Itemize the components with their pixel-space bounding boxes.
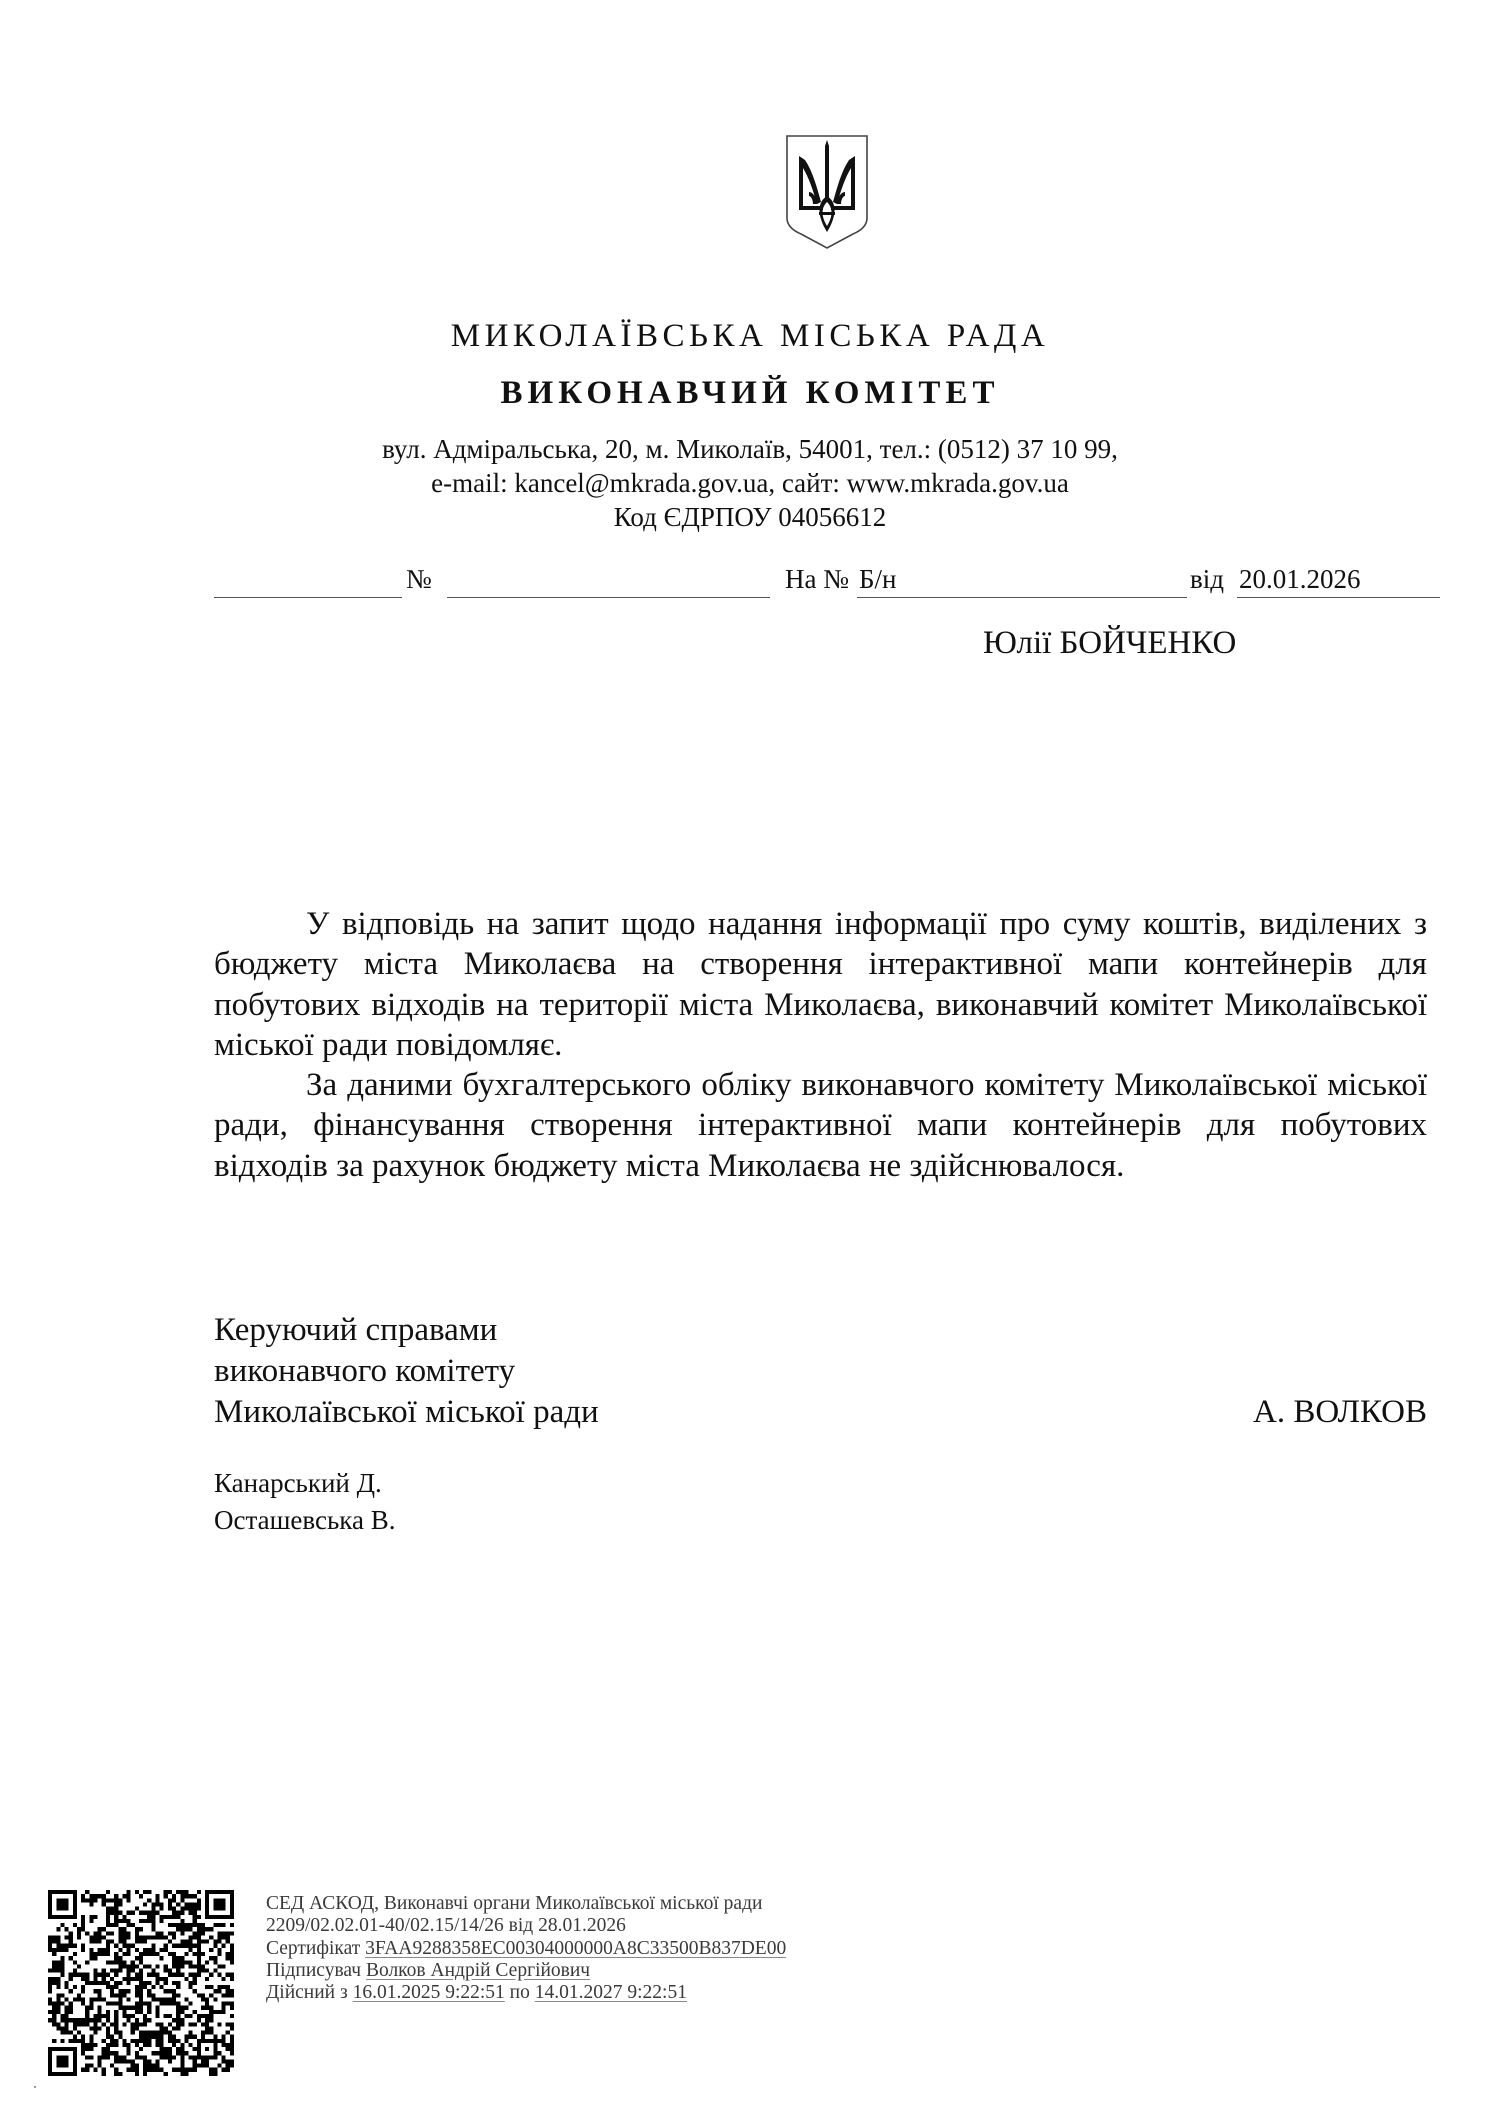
executor-name: Канарський Д. — [214, 1465, 395, 1502]
reply-to-label: На № — [785, 564, 849, 595]
reply-to-blank — [857, 597, 1187, 598]
letter-body: У відповідь на запит щодо надання інформ… — [214, 904, 1427, 1186]
date-value: 20.01.2026 — [1239, 564, 1361, 595]
role-line: Миколаївської міської ради — [214, 1392, 1427, 1433]
valid-from-value: 16.01.2025 9:22:51 — [353, 1982, 505, 2003]
role-line: виконавчого комітету — [214, 1351, 1427, 1392]
signature-block: Керуючий справами виконавчого комітету М… — [214, 1310, 1427, 1433]
signer-value: Волков Андрій Сергійович — [366, 1960, 590, 1981]
scan-artifact — [34, 2086, 36, 2088]
date-label: від — [1190, 564, 1224, 595]
e-signature-stamp: СЕД АСКОД, Виконавчі органи Миколаївсько… — [266, 1893, 786, 2004]
outgoing-date-blank — [214, 597, 402, 598]
stamp-signer: Підписувач Волков Андрій Сергійович — [266, 1960, 786, 1982]
certificate-label: Сертифікат — [266, 1938, 360, 1959]
valid-to-value: 14.01.2027 9:22:51 — [535, 1982, 687, 2003]
valid-to-label: по — [510, 1982, 530, 2003]
body-paragraph: У відповідь на запит щодо надання інформ… — [214, 904, 1427, 1065]
edrpou-line: Код ЄДРПОУ 04056612 — [0, 500, 1500, 534]
executors: Канарський Д. Осташевська В. — [214, 1465, 395, 1539]
stamp-reg-number: 2209/02.02.01-40/02.15/14/26 від 28.01.2… — [266, 1915, 786, 1937]
address-line: вул. Адміральська, 20, м. Миколаїв, 5400… — [0, 432, 1500, 466]
stamp-certificate: Сертифікат 3FAA9288358EC00304000000A8C33… — [266, 1938, 786, 1960]
reply-to-value: Б/н — [859, 564, 896, 595]
valid-from-label: Дійсний з — [266, 1982, 348, 2003]
qr-code-icon — [47, 1890, 235, 2076]
number-label: № — [406, 564, 432, 595]
certificate-value: 3FAA9288358EC00304000000A8C33500B837DE00 — [365, 1938, 786, 1959]
role-line: Керуючий справами — [214, 1310, 1427, 1351]
executor-name: Осташевська В. — [214, 1502, 395, 1539]
outgoing-number-blank — [447, 597, 770, 598]
addressee: Юлії БОЙЧЕНКО — [983, 622, 1236, 664]
date-blank — [1237, 597, 1440, 598]
signer-label: Підписувач — [266, 1960, 361, 1981]
reference-line: № На № Б/н від 20.01.2026 — [214, 562, 1440, 602]
body-paragraph: За даними бухгалтерського обліку виконав… — [214, 1065, 1427, 1186]
organization-subdivision: ВИКОНАВЧИЙ КОМІТЕТ — [0, 373, 1500, 413]
signatory-name: А. ВОЛКОВ — [1253, 1392, 1427, 1433]
ukraine-coat-of-arms-icon — [783, 132, 871, 252]
contact-line: e-mail: kancel@mkrada.gov.ua, сайт: www.… — [0, 466, 1500, 500]
organization-name: МИКОЛАЇВСЬКА МІСЬКА РАДА — [0, 316, 1500, 356]
letterhead-address: вул. Адміральська, 20, м. Миколаїв, 5400… — [0, 432, 1500, 534]
stamp-validity: Дійсний з 16.01.2025 9:22:51 по 14.01.20… — [266, 1982, 786, 2004]
stamp-system: СЕД АСКОД, Виконавчі органи Миколаївсько… — [266, 1893, 786, 1915]
signatory-role: Керуючий справами виконавчого комітету М… — [214, 1310, 1427, 1433]
